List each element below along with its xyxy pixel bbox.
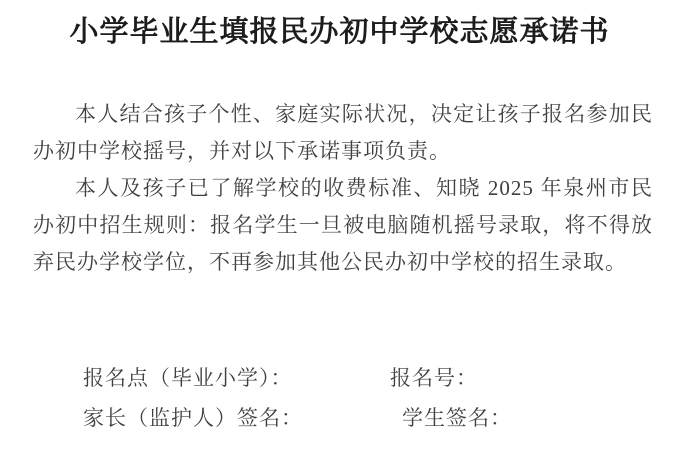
guardian-signature-label: 家长（监护人）签名： [83, 398, 303, 438]
paragraph-commitment: 本人结合孩子个性、家庭实际状况，决定让孩子报名参加民办初中学校摇号，并对以下承诺… [33, 96, 653, 170]
registration-number-label: 报名号： [390, 358, 478, 398]
signature-row-registration: 报名点（毕业小学）： 报名号： [33, 358, 653, 398]
signature-section: 报名点（毕业小学）： 报名号： 家长（监护人）签名： 学生签名： [33, 358, 653, 438]
document-body: 本人结合孩子个性、家庭实际状况，决定让孩子报名参加民办初中学校摇号，并对以下承诺… [33, 96, 653, 281]
registration-point-label: 报名点（毕业小学）： [83, 358, 293, 398]
student-signature-label: 学生签名： [402, 398, 512, 438]
document-page: 小学毕业生填报民办初中学校志愿承诺书 本人结合孩子个性、家庭实际状况，决定让孩子… [0, 0, 679, 470]
signature-row-signatures: 家长（监护人）签名： 学生签名： [33, 398, 653, 438]
paragraph-admission-rules: 本人及孩子已了解学校的收费标准、知晓 2025 年泉州市民办初中招生规则：报名学… [33, 170, 653, 281]
document-title: 小学毕业生填报民办初中学校志愿承诺书 [0, 13, 679, 51]
